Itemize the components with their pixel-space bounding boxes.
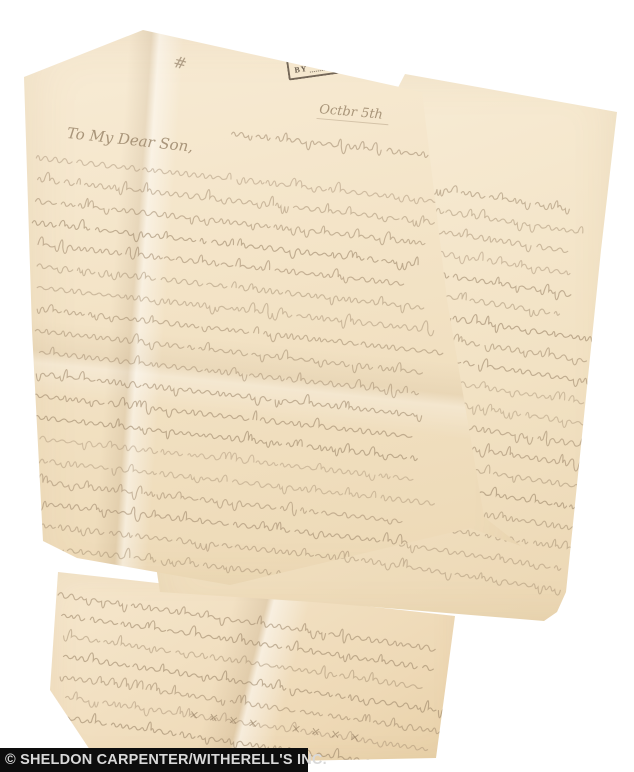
kiss-marks: × × × × [188,707,262,731]
letters-photo: × × × × × × × × # Octbr 5th To My Dear S… [0,0,634,772]
credit-text: © SHELDON CARPENTER/WITHERELL'S INC. [0,752,327,768]
letter-date: Octbr 5th [317,102,390,125]
kiss-marks: × × × × [290,721,364,745]
letter-salutation: To My Dear Son, [66,124,194,156]
stamp-inspected-text: INSPECTED [291,35,392,63]
credit-bar: © SHELDON CARPENTER/WITHERELL'S INC. [0,748,308,772]
pencil-mark: # [171,52,189,74]
inspected-stamp: INSPECTED BY [284,30,402,81]
stamp-scribble-icon [286,46,302,60]
stamp-by-text: BY [294,64,308,75]
stamp-fill-line [309,51,394,73]
